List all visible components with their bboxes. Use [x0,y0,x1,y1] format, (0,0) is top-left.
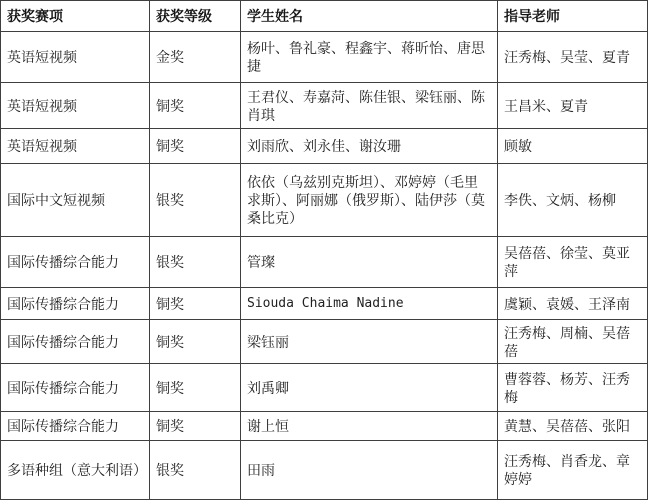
cell-students: 王君仪、寿嘉菏、陈佳银、梁钰丽、陈肖琪 [241,83,498,129]
cell-teachers: 汪秀梅、周楠、吴蓓蓓 [498,320,648,364]
cell-level: 铜奖 [150,320,241,364]
cell-level: 银奖 [150,164,241,237]
column-header-level: 获奖等级 [150,1,241,32]
cell-teachers: 汪秀梅、吴莹、夏青 [498,32,648,83]
cell-teachers: 吴蓓蓓、徐莹、莫亚萍 [498,237,648,288]
cell-teachers: 顾敏 [498,129,648,164]
header-row: 获奖赛项 获奖等级 学生姓名 指导老师 [1,1,648,32]
cell-level: 银奖 [150,441,241,500]
cell-event: 多语种组（意大利语） [1,441,150,500]
cell-students: 依依（乌兹别克斯坦）、邓婷婷（毛里求斯）、阿丽娜（俄罗斯）、陆伊莎（莫桑比克） [241,164,498,237]
column-header-event: 获奖赛项 [1,1,150,32]
table-row: 英语短视频 金奖 杨叶、鲁礼豪、程鑫宇、蒋昕怡、唐思捷 汪秀梅、吴莹、夏青 [1,32,648,83]
table-row: 英语短视频 铜奖 王君仪、寿嘉菏、陈佳银、梁钰丽、陈肖琪 王昌米、夏青 [1,83,648,129]
cell-level: 铜奖 [150,129,241,164]
table-row: 国际传播综合能力 铜奖 Siouda Chaima Nadine 虞颖、袁媛、王… [1,288,648,320]
table-row: 英语短视频 铜奖 刘雨欣、刘永佳、谢汝珊 顾敏 [1,129,648,164]
cell-event: 国际传播综合能力 [1,288,150,320]
cell-level: 铜奖 [150,364,241,412]
cell-students: 杨叶、鲁礼豪、程鑫宇、蒋昕怡、唐思捷 [241,32,498,83]
cell-students: 谢上恒 [241,412,498,441]
cell-event: 国际传播综合能力 [1,412,150,441]
table-row: 国际传播综合能力 铜奖 刘禹卿 曹蓉蓉、杨芳、汪秀梅 [1,364,648,412]
cell-event: 国际传播综合能力 [1,237,150,288]
cell-event: 国际传播综合能力 [1,364,150,412]
column-header-teachers: 指导老师 [498,1,648,32]
cell-event: 英语短视频 [1,32,150,83]
cell-event: 英语短视频 [1,129,150,164]
cell-level: 银奖 [150,237,241,288]
cell-teachers: 汪秀梅、肖香龙、章婷婷 [498,441,648,500]
cell-students: 田雨 [241,441,498,500]
table-row: 国际传播综合能力 铜奖 谢上恒 黄慧、吴蓓蓓、张阳 [1,412,648,441]
cell-students: 管璨 [241,237,498,288]
cell-level: 金奖 [150,32,241,83]
cell-event: 国际传播综合能力 [1,320,150,364]
cell-students: 刘雨欣、刘永佳、谢汝珊 [241,129,498,164]
cell-level: 铜奖 [150,83,241,129]
cell-students: Siouda Chaima Nadine [241,288,498,320]
cell-teachers: 李佚、文炳、杨柳 [498,164,648,237]
cell-teachers: 曹蓉蓉、杨芳、汪秀梅 [498,364,648,412]
awards-table: 获奖赛项 获奖等级 学生姓名 指导老师 英语短视频 金奖 杨叶、鲁礼豪、程鑫宇、… [0,0,648,500]
table-row: 国际传播综合能力 铜奖 梁钰丽 汪秀梅、周楠、吴蓓蓓 [1,320,648,364]
award-results-page: 获奖赛项 获奖等级 学生姓名 指导老师 英语短视频 金奖 杨叶、鲁礼豪、程鑫宇、… [0,0,648,500]
cell-teachers: 黄慧、吴蓓蓓、张阳 [498,412,648,441]
column-header-students: 学生姓名 [241,1,498,32]
table-row: 多语种组（意大利语） 银奖 田雨 汪秀梅、肖香龙、章婷婷 [1,441,648,500]
table-row: 国际传播综合能力 银奖 管璨 吴蓓蓓、徐莹、莫亚萍 [1,237,648,288]
cell-teachers: 王昌米、夏青 [498,83,648,129]
table-row: 国际中文短视频 银奖 依依（乌兹别克斯坦）、邓婷婷（毛里求斯）、阿丽娜（俄罗斯）… [1,164,648,237]
cell-event: 国际中文短视频 [1,164,150,237]
cell-students: 梁钰丽 [241,320,498,364]
cell-event: 英语短视频 [1,83,150,129]
cell-level: 铜奖 [150,288,241,320]
cell-teachers: 虞颖、袁媛、王泽南 [498,288,648,320]
cell-level: 铜奖 [150,412,241,441]
cell-students: 刘禹卿 [241,364,498,412]
